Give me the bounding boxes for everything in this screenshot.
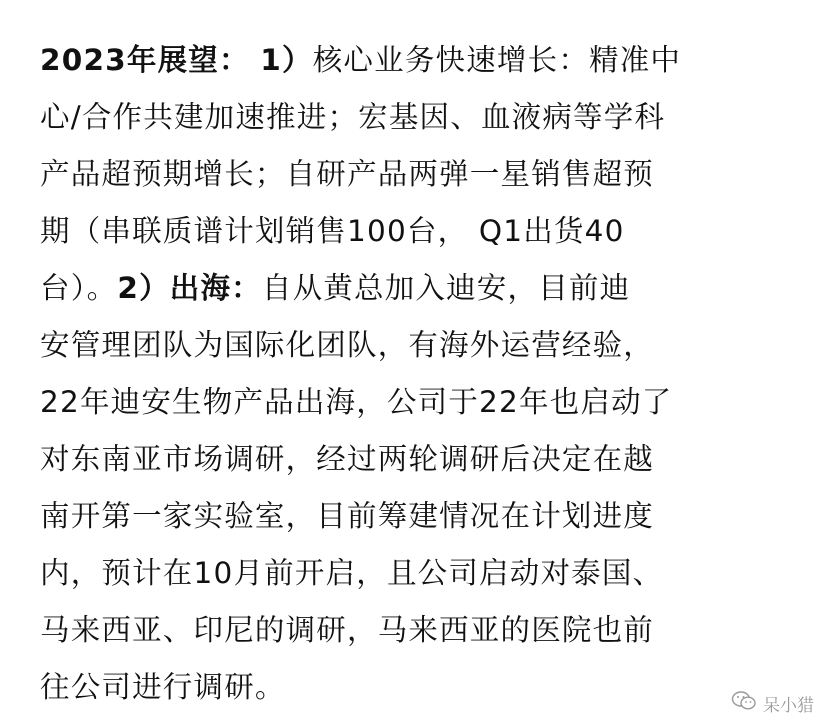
bold-marker: 1） [260, 43, 312, 77]
text-span: 22年迪安生物产品出海，公司于22年也启动了 [40, 385, 672, 419]
text-span: 台）。 [40, 271, 117, 305]
text-line: 马来西亚、印尼的调研，马来西亚的医院也前 [40, 602, 800, 659]
text-line: 对东南亚市场调研，经过两轮调研后决定在越 [40, 431, 800, 488]
text-span: 产品超预期增长；自研产品两弹一星销售超预 [40, 157, 654, 191]
text-line: 2023年展望： 1）核心业务快速增长：精准中 [40, 32, 800, 89]
text-line: 心/合作共建加速推进；宏基因、血液病等学科 [40, 89, 800, 146]
text-span: 对东南亚市场调研，经过两轮调研后决定在越 [40, 442, 654, 476]
text-line: 22年迪安生物产品出海，公司于22年也启动了 [40, 374, 800, 431]
text-line: 南开第一家实验室，目前筹建情况在计划进度 [40, 488, 800, 545]
text-line: 期（串联质谱计划销售100台， Q1出货40 [40, 203, 800, 260]
document-paragraph: 2023年展望： 1）核心业务快速增长：精准中 心/合作共建加速推进；宏基因、血… [40, 32, 800, 716]
text-span: 马来西亚、印尼的调研，马来西亚的医院也前 [40, 613, 654, 647]
bold-heading: 2023年展望： [40, 43, 250, 77]
wechat-icon [731, 690, 757, 717]
bold-marker: 2）出海： [117, 271, 262, 305]
text-span: 往公司进行调研。 [40, 670, 286, 704]
watermark-label: 呆小猎 [763, 691, 814, 716]
text-line: 台）。2）出海：自从黄总加入迪安，目前迪 [40, 260, 800, 317]
text-span: 安管理团队为国际化团队，有海外运营经验， [40, 328, 654, 362]
text-span: 核心业务快速增长：精准中 [313, 43, 681, 77]
text-line: 安管理团队为国际化团队，有海外运营经验， [40, 317, 800, 374]
text-span: 心/合作共建加速推进；宏基因、血液病等学科 [40, 100, 665, 134]
watermark: 呆小猎 [731, 690, 814, 717]
text-line: 产品超预期增长；自研产品两弹一星销售超预 [40, 146, 800, 203]
text-line: 内，预计在10月前开启，且公司启动对泰国、 [40, 545, 800, 602]
text-span: 期（串联质谱计划销售100台， Q1出货40 [40, 214, 625, 248]
text-line: 往公司进行调研。 [40, 659, 800, 716]
text-span: 南开第一家实验室，目前筹建情况在计划进度 [40, 499, 654, 533]
text-span: 自从黄总加入迪安，目前迪 [262, 271, 630, 305]
text-span [250, 43, 261, 77]
text-span: 内，预计在10月前开启，且公司启动对泰国、 [40, 556, 663, 590]
